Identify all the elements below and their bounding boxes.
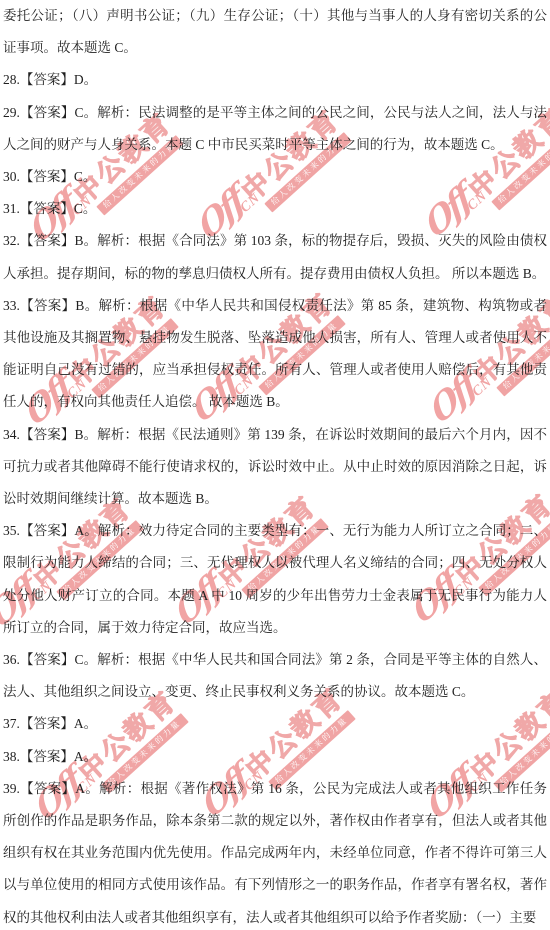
answer-31: 31.【答案】C。 bbox=[3, 193, 547, 225]
answer-key-page: OffCN 中公教育 给人改变未来的力量 OffCN 中公教育 给人改变未来的力… bbox=[0, 0, 550, 930]
answer-34: 34.【答案】B。解析：根据《民法通则》第 139 条，在诉讼时效期间的最后六个… bbox=[3, 419, 547, 516]
answer-35: 35.【答案】A。解析：效力待定合同的主要类型有：一、无行为能力人所订立之合同；… bbox=[3, 515, 547, 644]
answer-29: 29.【答案】C。解析：民法调整的是平等主体之间的公民之间，公民与法人之间，法人… bbox=[3, 97, 547, 161]
continued-answer-27-text: 委托公证；（八）声明书公证；（九）生存公证；（十）其他与当事人的人身有密切关系的… bbox=[3, 0, 547, 64]
answer-39: 39.【答案】A。解析：根据《著作权法》第 16 条，公民为完成法人或者其他组织… bbox=[3, 773, 547, 930]
answer-32: 32.【答案】B。解析：根据《合同法》第 103 条，标的物提存后，毁损、灭失的… bbox=[3, 225, 547, 289]
answer-36: 36.【答案】C。解析：根据《中华人民共和国合同法》第 2 条，合同是平等主体的… bbox=[3, 644, 547, 708]
document-content: 委托公证；（八）声明书公证；（九）生存公证；（十）其他与当事人的人身有密切关系的… bbox=[0, 0, 550, 930]
answer-37: 37.【答案】A。 bbox=[3, 708, 547, 740]
answer-33: 33.【答案】B。解析：根据《中华人民共和国侵权责任法》第 85 条，建筑物、构… bbox=[3, 290, 547, 419]
answer-30: 30.【答案】C。 bbox=[3, 161, 547, 193]
answer-28: 28.【答案】D。 bbox=[3, 64, 547, 96]
answer-38: 38.【答案】A。 bbox=[3, 741, 547, 773]
